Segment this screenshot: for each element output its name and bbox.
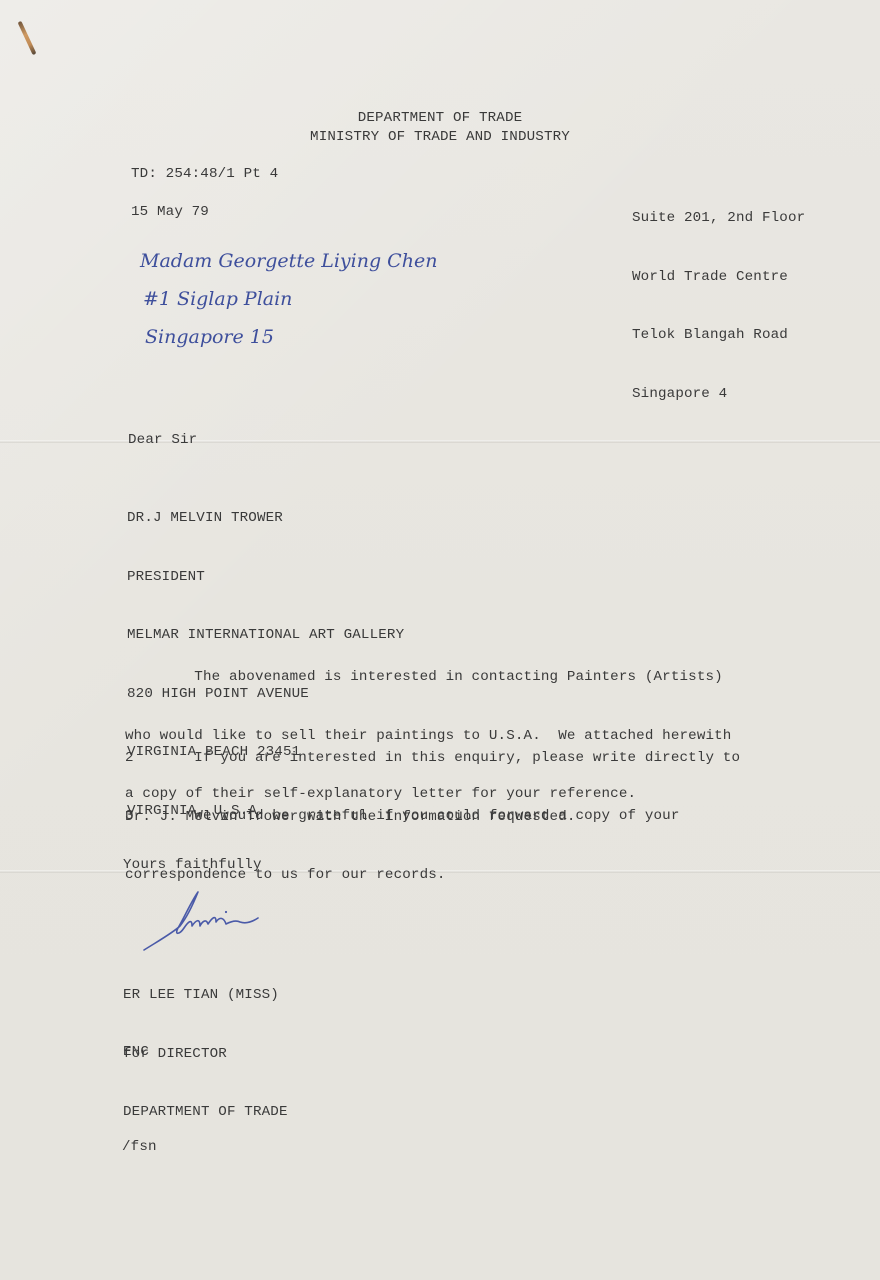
letterhead-ministry: MINISTRY OF TRADE AND INDUSTRY <box>0 128 880 148</box>
signatory-name: ER LEE TIAN (MISS) <box>123 986 288 1006</box>
sender-address-line: Telok Blangah Road <box>632 326 805 346</box>
handwritten-recipient-street: #1 Siglap Plain <box>143 288 292 310</box>
salutation: Dear Sir <box>128 431 197 451</box>
signatory-department: DEPARTMENT OF TRADE <box>123 1103 288 1123</box>
reference-number: TD: 254:48/1 Pt 4 <box>131 165 278 185</box>
closing: Yours faithfully <box>123 856 262 876</box>
enclosure-note: ENC <box>123 1043 149 1063</box>
body-line: 2 If you are interested in this enquiry,… <box>125 749 740 769</box>
rust-stain-mark <box>18 21 37 55</box>
subject-address-line: DR.J MELVIN TROWER <box>127 509 404 529</box>
sender-address: Suite 201, 2nd Floor World Trade Centre … <box>632 170 805 443</box>
body-line: The abovenamed is interested in contacti… <box>125 668 731 688</box>
letter-date: 15 May 79 <box>131 203 209 223</box>
body-line: 3 We would be grateful if you could forw… <box>125 807 680 827</box>
typist-reference: /fsn <box>122 1138 157 1158</box>
letter-page: DEPARTMENT OF TRADE MINISTRY OF TRADE AN… <box>0 0 880 1280</box>
sender-address-line: World Trade Centre <box>632 268 805 288</box>
handwritten-recipient-name: Madam Georgette Liying Chen <box>140 250 437 272</box>
subject-address-line: PRESIDENT <box>127 568 404 588</box>
sender-address-line: Suite 201, 2nd Floor <box>632 209 805 229</box>
sender-address-line: Singapore 4 <box>632 385 805 405</box>
letterhead-department: DEPARTMENT OF TRADE <box>0 109 880 129</box>
handwritten-recipient-city: Singapore 15 <box>145 326 274 348</box>
